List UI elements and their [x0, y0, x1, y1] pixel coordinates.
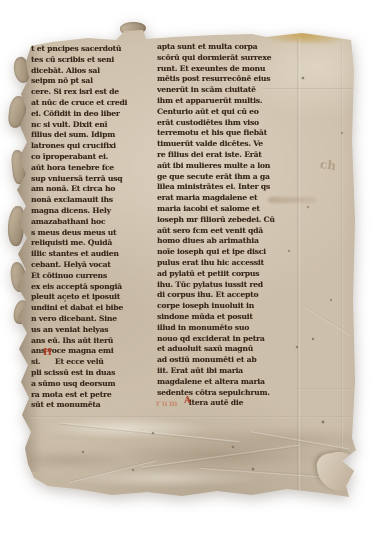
- text-line: et aduoluit saxū magnū: [157, 344, 276, 355]
- text-line: cebant. Helyā vocat: [31, 260, 154, 271]
- text-line: nc si vult. Dixit enī: [31, 120, 154, 131]
- text-line: ad pylatū et petiit corpus: [157, 269, 276, 280]
- text-line: ad ostiū monumēti et ab: [157, 355, 276, 366]
- text-line: a sūmo usq deorsum: [31, 379, 154, 390]
- text-line: ans eū. Ihs aūt iterū: [31, 336, 154, 347]
- text-line: erat maria magdalene et: [157, 193, 276, 204]
- text-line: pli scissū est in duas: [31, 368, 154, 379]
- wrinkled-area-shading: [28, 400, 353, 500]
- text-line: filius dei sum. Idipm: [31, 130, 154, 141]
- text-line: Centurio aūt et qui cū eo: [157, 107, 276, 118]
- text-line: tes cū scribis et seni: [31, 55, 154, 66]
- parchment-leaf-wrap: t et pncipes sacerdotūtes cū scribis et …: [0, 0, 375, 549]
- text-line: homo diues ab arimathia: [157, 236, 276, 247]
- text-line: ioseph mr filiorū zebedei. Cū: [157, 215, 276, 226]
- manuscript-photograph: t et pncipes sacerdotūtes cū scribis et …: [0, 0, 375, 549]
- text-line: ihm et apparuerūt multis.: [157, 96, 276, 107]
- text-line: scōrū qui dormierāt surrexe: [157, 53, 276, 64]
- text-line: ra mota est et petre: [31, 390, 154, 401]
- text-line: re filius dei erat iste. Erāt: [157, 150, 276, 161]
- text-line: si. Et ecce velū: [31, 357, 154, 368]
- text-line: erāt custodiētes ihm viso: [157, 118, 276, 129]
- rubric-initial: A: [184, 396, 191, 406]
- vertical-fold-crease: [341, 42, 343, 472]
- text-line: sūt et monumēta: [31, 400, 154, 411]
- text-line: aūt hora tenebre fce: [31, 163, 154, 174]
- text-line: runt. Et exeuntes de monu: [157, 64, 276, 75]
- text-line: undini et dabat ei bibe: [31, 303, 154, 314]
- text-line: cere. Si rex isrl est de: [31, 87, 154, 98]
- text-line: magna dicens. Hely: [31, 206, 154, 217]
- text-line: corpe ioseph inuoluit in: [157, 301, 276, 312]
- text-line: timuerūt valde dicētes. Ve: [157, 139, 276, 150]
- text-line: iit. Erat aūt ibi maria: [157, 366, 276, 377]
- text-line: am nonā. Et circa ho: [31, 184, 154, 195]
- text-line: terremotu et his que fiebāt: [157, 128, 276, 139]
- text-line: amazabathani hoc: [31, 217, 154, 228]
- text-line: nouo qd exciderat in petra: [157, 334, 276, 345]
- text-line: pleuit aceto et iposuit: [31, 292, 154, 303]
- text-line: ihu. Tūc pylatus iussit red: [157, 280, 276, 291]
- text-line: venerūt in scām ciuitatē: [157, 85, 276, 96]
- ink-specks: [0, 0, 2, 2]
- text-column-right: apta sunt et multa corpascōrū qui dormie…: [157, 42, 276, 409]
- text-line: sindone mūda et posuit: [157, 312, 276, 323]
- text-line: nonā exclamauit ihs: [31, 195, 154, 206]
- text-line: seipm nō pt sal: [31, 76, 154, 87]
- vertical-fold-crease: [297, 38, 300, 494]
- text-line: sedentes cōtra sepulchrum.: [157, 388, 276, 399]
- text-line: di corpus ihu. Et accepto: [157, 290, 276, 301]
- text-line: t et pncipes sacerdotū: [31, 44, 154, 55]
- text-line: lilea ministrātes ei. Inter qs: [157, 182, 276, 193]
- text-line: aūt ibi mulieres multe a lon: [157, 161, 276, 172]
- text-line: us an veniat helyas: [31, 325, 154, 336]
- text-line: illic stantes et audien: [31, 249, 154, 260]
- text-line: s meus deus meus ut: [31, 228, 154, 239]
- text-line: illud in monumēto suo: [157, 323, 276, 334]
- text-line: dicebāt. Alios sal: [31, 66, 154, 77]
- show-through-text: ch: [319, 157, 337, 173]
- faded-margin-smudge: [268, 197, 316, 203]
- parchment-leaf: t et pncipes sacerdotūtes cū scribis et …: [0, 0, 375, 549]
- text-line: sup vniuersā terrā usq: [31, 174, 154, 185]
- text-line: co īproperabant ei.: [31, 152, 154, 163]
- text-line: pulus erat ihu hic accessit: [157, 258, 276, 269]
- wrinkle-crease: [304, 305, 353, 336]
- horizontal-crease: [30, 416, 350, 418]
- text-line: aūt sero fcm eet venit qdā: [157, 226, 276, 237]
- text-line: latrones qui crucifixi: [31, 141, 154, 152]
- text-line: maria iacobi et salome et: [157, 204, 276, 215]
- text-line: mētis post resurrecōnē eius: [157, 74, 276, 85]
- rubric-text: rum: [156, 398, 179, 408]
- text-line: magdalene et altera maria: [157, 377, 276, 388]
- text-line: at nūc de cruce et credi: [31, 98, 154, 109]
- rubric-paragraph-mark: Ħ: [43, 347, 52, 358]
- text-line: n vero dicebant. Sine: [31, 314, 154, 325]
- text-line: ge que secute erāt ihm a ga: [157, 172, 276, 183]
- text-line: reliquisti me. Quidā: [31, 238, 154, 249]
- text-line: ex eis acceptā spongiā: [31, 282, 154, 293]
- text-line: ei. Cōfidit in deo liber: [31, 109, 154, 120]
- text-line: apta sunt et multa corpa: [157, 42, 276, 53]
- horizontal-crease: [293, 388, 355, 390]
- text-line: noīe ioseph qui et ipe disci: [157, 247, 276, 258]
- text-line: Et cōtinuo currens: [31, 271, 154, 282]
